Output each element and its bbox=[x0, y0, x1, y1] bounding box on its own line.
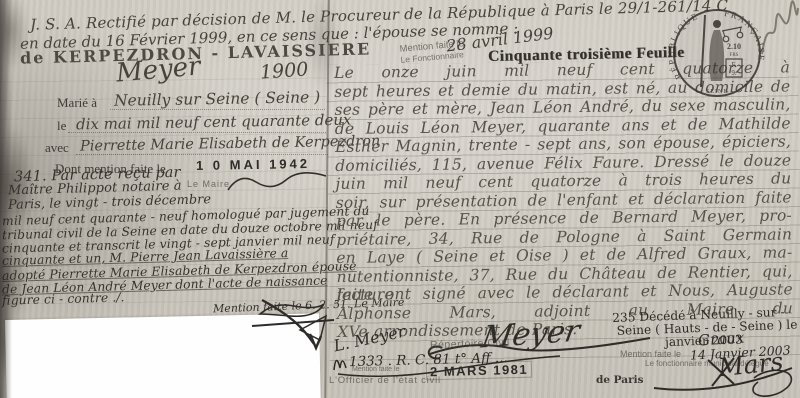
stamp-value: 2.10 bbox=[727, 42, 741, 51]
signature-graux: Graux bbox=[697, 328, 744, 349]
stamp-text-seine: SEINE bbox=[706, 89, 728, 95]
stamp-value-unit: FRS bbox=[730, 53, 739, 58]
mention-1981-stamp-label: Mention faite le bbox=[352, 366, 399, 373]
registry-document-scan: J. S. A. Rectifié par décision de M. le … bbox=[0, 0, 800, 398]
stamp-series-bottom: 9. bbox=[731, 69, 737, 77]
stamp-series-top: F. bbox=[731, 61, 736, 69]
scan-edge-shadow bbox=[0, 0, 12, 398]
fiscal-stamp: RÉPUBLIQUE FRANÇAISE 2.10 FRS F. 9. SEIN… bbox=[660, 5, 774, 101]
date-stamp-1981: 2 MARS 1981 bbox=[426, 361, 533, 381]
de-paris-stamp: de Paris bbox=[596, 374, 644, 386]
officier-etat-civil-stamp: L'Officier de l'état civil bbox=[329, 375, 441, 386]
